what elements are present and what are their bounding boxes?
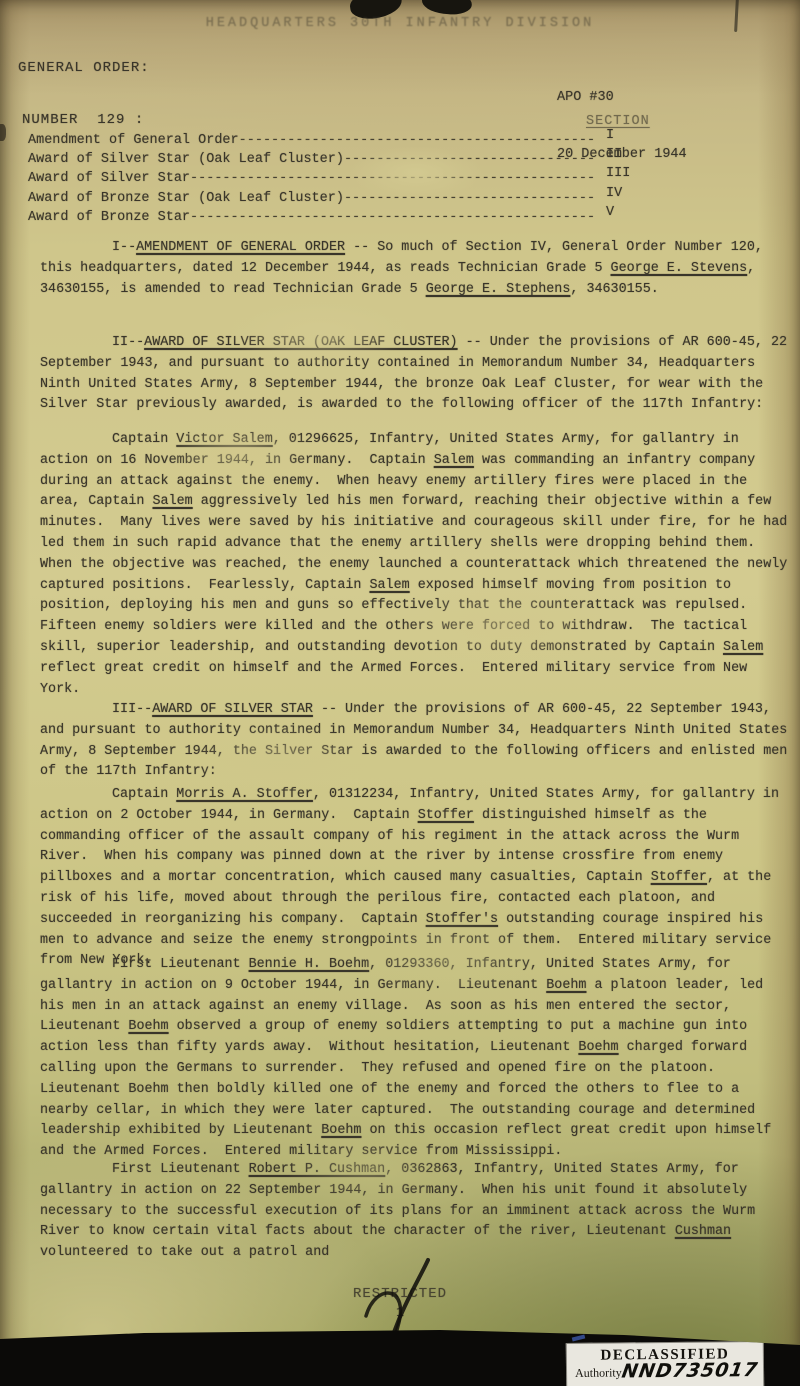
- toc-row: Award of Bronze Star (Oak Leaf Cluster) …: [28, 189, 658, 208]
- scan-background-band: DECLASSIFIED Authority NND735017: [0, 1330, 800, 1386]
- underlined-text: Boehm: [578, 1040, 618, 1055]
- header-unit-line: HEADQUARTERS 30TH INFANTRY DIVISION: [0, 16, 800, 31]
- paragraph-section-2-heading: II--AWARD OF SILVER STAR (OAK LEAF CLUST…: [40, 333, 788, 416]
- toc-item-label: Award of Bronze Star: [28, 208, 190, 227]
- paragraph-citation-boehm: First Lieutenant Bennie H. Boehm, 012933…: [40, 955, 788, 1163]
- toc-section-numeral: III: [594, 164, 658, 183]
- text-run: II--: [112, 335, 144, 350]
- ink-blot: [421, 0, 473, 17]
- underlined-text: Cushman: [675, 1224, 731, 1239]
- underlined-text: Salem: [434, 453, 474, 468]
- toc-dash-leader: ----------------------------------------…: [190, 169, 594, 188]
- underlined-text: Stoffer: [651, 870, 707, 885]
- paragraph-citation-stoffer: Captain Morris A. Stoffer, 01312234, Inf…: [40, 785, 788, 972]
- underlined-text: Boehm: [128, 1019, 168, 1034]
- underlined-text: AWARD OF SILVER STAR (OAK LEAF CLUSTER): [144, 335, 457, 350]
- text-run: First Lieutenant: [112, 1162, 249, 1177]
- text-run: I--: [112, 240, 136, 255]
- underlined-text: AMENDMENT OF GENERAL ORDER: [136, 240, 345, 255]
- toc-item-label: Amendment of General Order: [28, 131, 239, 150]
- underlined-text: Stoffer's: [426, 912, 498, 927]
- toc-dash-leader: ----------------------------------------…: [190, 208, 594, 227]
- text-run: First Lieutenant: [112, 957, 249, 972]
- authority-label: Authority: [575, 1365, 622, 1380]
- paragraph-citation-salem: Captain Victor Salem, 01296625, Infantry…: [40, 430, 788, 700]
- declassified-stamp: DECLASSIFIED Authority NND735017: [566, 1341, 765, 1386]
- authority-number-handwritten: NND735017: [620, 1359, 760, 1382]
- paragraph-citation-cushman: First Lieutenant Robert P. Cushman, 0362…: [40, 1160, 788, 1264]
- underlined-text: George E. Stevens: [611, 261, 748, 276]
- toc-item-label: Award of Bronze Star (Oak Leaf Cluster): [28, 189, 344, 208]
- underlined-text: Stoffer: [418, 808, 474, 823]
- toc-dash-leader: ----------------------------------------…: [344, 150, 594, 169]
- toc-item-label: Award of Silver Star (Oak Leaf Cluster): [28, 150, 344, 169]
- underlined-text: Boehm: [321, 1123, 361, 1138]
- text-run: , 34630155.: [570, 282, 658, 297]
- toc-row: Amendment of General Order -------------…: [28, 131, 658, 150]
- toc-row: Award of Silver Star -------------------…: [28, 169, 658, 188]
- apo-number: APO #30: [557, 88, 687, 107]
- toc-dash-leader: ----------------------------------------…: [239, 131, 594, 150]
- underlined-text: George E. Stephens: [426, 282, 571, 297]
- text-run: III--: [112, 702, 152, 717]
- underlined-text: Bennie H. Boehm: [249, 957, 370, 972]
- toc-section-numeral: V: [594, 203, 658, 222]
- underlined-text: Salem: [369, 578, 409, 593]
- underlined-text: Salem: [723, 640, 763, 655]
- toc-section-numeral: IV: [594, 184, 658, 203]
- general-order-label: GENERAL ORDER:: [18, 60, 150, 76]
- underlined-text: Victor Salem: [176, 432, 272, 447]
- text-run: Captain: [112, 787, 176, 802]
- underlined-text: Morris A. Stoffer: [176, 787, 313, 802]
- table-of-contents: Amendment of General Order -------------…: [28, 131, 658, 227]
- toc-dash-leader: ----------------------------------------…: [344, 189, 594, 208]
- ink-blot: [0, 124, 6, 141]
- text-run: Captain: [112, 432, 176, 447]
- paragraph-section-1-amendment: I--AMENDMENT OF GENERAL ORDER -- So much…: [40, 238, 788, 300]
- paragraph-section-3-heading: III--AWARD OF SILVER STAR -- Under the p…: [40, 700, 788, 783]
- declassified-authority-row: Authority NND735017: [566, 1364, 764, 1383]
- underlined-text: AWARD OF SILVER STAR: [152, 702, 313, 717]
- underlined-text: Boehm: [546, 978, 586, 993]
- toc-section-numeral: II: [594, 145, 658, 164]
- toc-section-numeral: I: [594, 126, 658, 145]
- toc-row: Award of Silver Star (Oak Leaf Cluster) …: [28, 150, 658, 169]
- document-page: HEADQUARTERS 30TH INFANTRY DIVISION GENE…: [0, 0, 800, 1386]
- underlined-text: Salem: [153, 494, 193, 509]
- toc-item-label: Award of Silver Star: [28, 169, 190, 188]
- toc-row: Award of Bronze Star -------------------…: [28, 208, 658, 227]
- underlined-text: Robert P. Cushman: [249, 1162, 386, 1177]
- order-number-line: NUMBER 129 :: [22, 112, 144, 128]
